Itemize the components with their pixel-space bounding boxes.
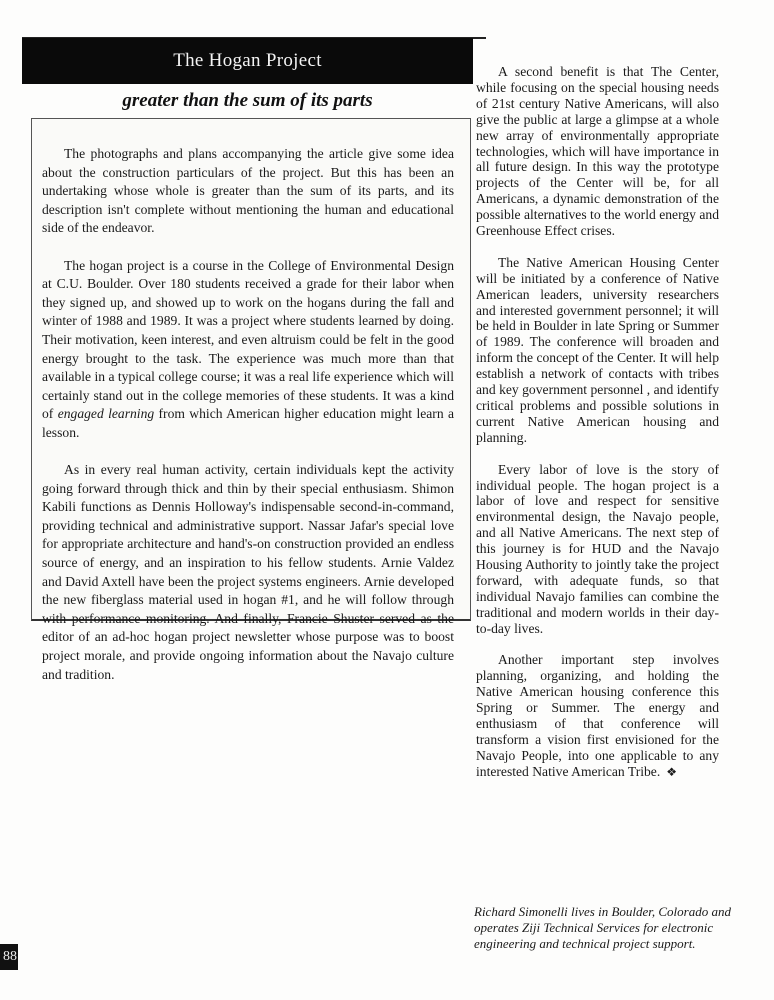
page-number: 88 (3, 949, 17, 965)
left-paragraph-2: The hogan project is a course in the Col… (42, 257, 454, 443)
magazine-page: The Hogan Project greater than the sum o… (0, 0, 774, 1000)
right-paragraph-2: The Native American Housing Center will … (476, 255, 719, 446)
page-number-badge: 88 (0, 944, 18, 970)
author-bio: Richard Simonelli lives in Boulder, Colo… (474, 904, 734, 951)
article-title: The Hogan Project (173, 50, 322, 72)
end-of-article-icon: ❖ (666, 765, 677, 779)
article-subtitle: greater than the sum of its parts (22, 90, 473, 112)
paragraph-text: Another important step involves planning… (476, 652, 719, 778)
right-paragraph-4: Another important step involves planning… (476, 652, 719, 780)
right-column: A second benefit is that The Center, whi… (476, 64, 719, 797)
left-column: The photographs and plans accompanying t… (42, 145, 454, 703)
left-paragraph-1: The photographs and plans accompanying t… (42, 145, 454, 238)
right-paragraph-1: A second benefit is that The Center, whi… (476, 64, 719, 239)
right-paragraph-3: Every labor of love is the story of indi… (476, 462, 719, 637)
paragraph-text: The hogan project is a course in the Col… (42, 258, 454, 422)
article-title-banner: The Hogan Project (22, 38, 473, 84)
left-paragraph-3: As in every real human activity, certain… (42, 461, 454, 684)
emphasis-text: engaged learning (58, 406, 154, 421)
